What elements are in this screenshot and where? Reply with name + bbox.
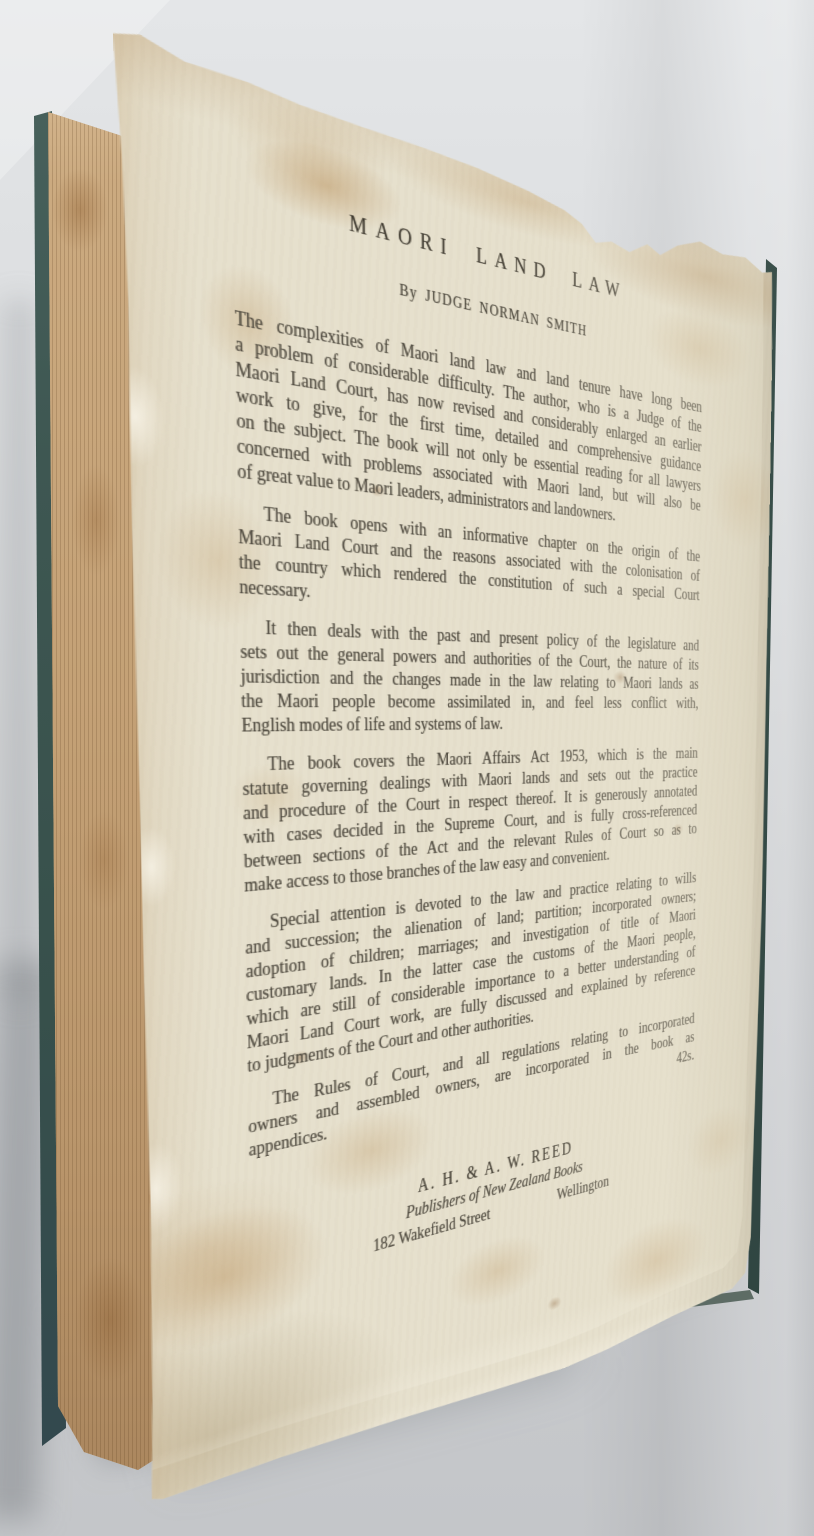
blurb-line: English modes of life and systems of law… xyxy=(241,713,698,738)
jacket-text-block: MAORI LAND LAW By JUDGE NORMAN SMITH The… xyxy=(231,92,704,1294)
price: 42s. xyxy=(676,1046,694,1068)
blurb-line: the Maori people become assimilated in, … xyxy=(241,689,699,714)
publisher-tagline: Publishers of New Zealand Books xyxy=(250,1127,693,1268)
book-shadow-spine xyxy=(4,300,34,1000)
book-photo-scene: { "book_jacket": { "title": "MAORI LAND … xyxy=(0,0,814,1536)
dust-jacket-plane: MAORI LAND LAW By JUDGE NORMAN SMITH The… xyxy=(118,58,764,1502)
dust-jacket-back-panel: MAORI LAND LAW By JUDGE NORMAN SMITH The… xyxy=(98,13,777,1536)
blurb: The complexities of Maori land law and l… xyxy=(234,305,702,1162)
blurb-paragraph: It then deals with the past and present … xyxy=(240,615,700,738)
jacket-text-layer: MAORI LAND LAW By JUDGE NORMAN SMITH The… xyxy=(118,58,764,1502)
